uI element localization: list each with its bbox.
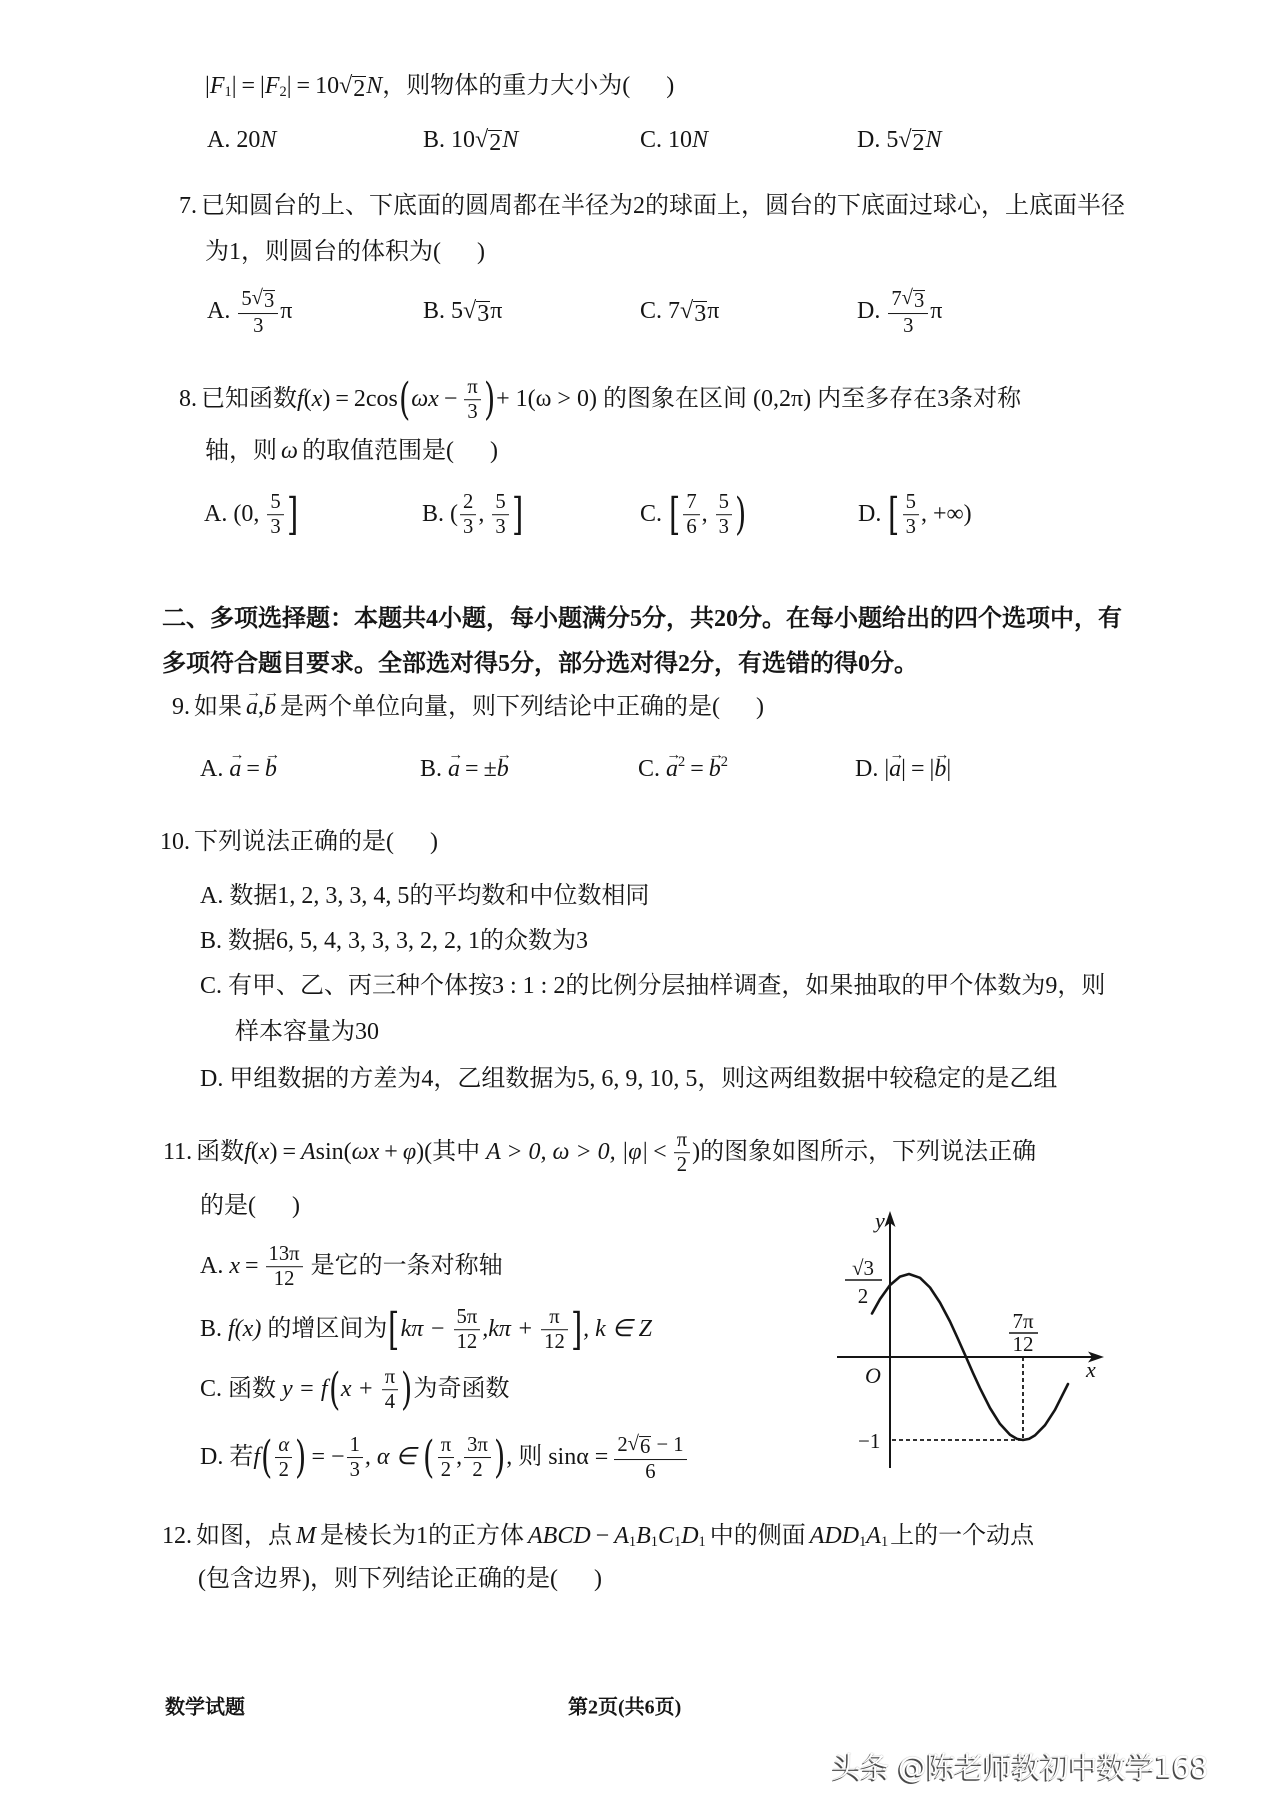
option-text: 是它的一条对称轴 [305, 1253, 503, 1281]
q11-option-d: D. 若 f ( α2 ) = − 13 , α ∈ ( π2 , 3π2 ) … [200, 1433, 689, 1483]
math-text: 2cos [354, 386, 398, 414]
option-label: C. [638, 756, 660, 784]
q6-option-b: B. 10 2 N [423, 127, 518, 155]
close-paren: ) [735, 493, 746, 537]
equals-sign: = [911, 756, 925, 784]
separator: , [702, 501, 714, 529]
math-expression: x + [341, 1376, 380, 1404]
fraction: 53 [267, 491, 283, 539]
sqrt-radicand: 3 [476, 301, 490, 326]
sqrt-radicand: 2 [488, 130, 502, 155]
fraction-denominator: 3 [903, 516, 919, 539]
fraction-numerator: 5π [454, 1306, 481, 1330]
section-2-instructions-line-1: 二、多项选择题：本题共4小题，每小题满分5分，共20分。在每小题给出的四个选项中… [162, 606, 1122, 634]
fraction-denominator: 3 [238, 314, 278, 337]
fraction-denominator: 12 [541, 1331, 568, 1354]
unit: N [260, 127, 276, 155]
math-expression: , k ∈ Z [583, 1316, 652, 1344]
fraction: 23 [460, 491, 476, 539]
fraction-numerator: α [275, 1434, 292, 1458]
option-label: B. [423, 127, 445, 155]
q11-option-b: B. f(x) 的增区间为 [ kπ − 5π12 ,kπ + π12 ] , … [200, 1306, 652, 1354]
abs-bar: | [287, 73, 292, 101]
math-expression: kπ − [401, 1316, 452, 1344]
q10-stem: 10. 下列说法正确的是( ) [160, 829, 438, 857]
vector-b: b [497, 756, 509, 784]
coefficient: 5 [241, 288, 251, 310]
stem-text: 函数 [196, 1139, 244, 1167]
option-label: A. [200, 1253, 223, 1281]
paren: ) [322, 386, 330, 414]
q9-stem: 9. 如果 a , b 是两个单位向量，则下列结论中正确的是( ) [172, 694, 764, 722]
separator: , [478, 501, 490, 529]
math-var: ωx [411, 386, 439, 414]
fraction: 53 [492, 491, 508, 539]
option-label: C. [640, 501, 662, 529]
fraction-numerator: 26 − 1 [614, 1433, 686, 1460]
paren: ( [344, 1139, 352, 1167]
x-tick-denominator: 12 [1013, 1332, 1034, 1356]
option-value: 10 [668, 127, 692, 155]
sqrt-radicand: 3 [263, 290, 275, 312]
equals-sign: = [335, 386, 349, 414]
equals-sign: = [297, 73, 311, 101]
open-paren: ( [233, 501, 241, 529]
big-paren: ( [423, 1436, 434, 1480]
big-paren: ) [494, 1436, 505, 1480]
option-text: 的增区间为 [261, 1316, 387, 1344]
x-tick-numerator: 7π [1012, 1309, 1034, 1333]
coefficient: 5 [886, 127, 898, 155]
math-expression: ,kπ + [482, 1316, 539, 1344]
unit: N [926, 127, 942, 155]
x-axis-label: x [1085, 1357, 1096, 1382]
stem-text: 是棱长为1的正方体 [320, 1523, 524, 1551]
math-expression: = − [312, 1444, 345, 1472]
abs-bar: | [232, 73, 237, 101]
fraction-denominator: 12 [454, 1331, 481, 1354]
math-var: A [301, 1139, 316, 1167]
fraction: 53 [903, 491, 919, 539]
vertex: D [681, 1523, 698, 1551]
pi-symbol: π [707, 298, 719, 326]
math-expression: , 则 sinα = [506, 1444, 608, 1472]
stem-text: 如果 [194, 694, 242, 722]
y-tick-denominator: 2 [858, 1284, 869, 1308]
sqrt: 3 [252, 287, 276, 312]
q12-stem-line-1: 12. 如图，点 M 是棱长为1的正方体 ABCD − A1 B1 C1 D1 … [162, 1523, 1034, 1551]
coefficient: 10 [451, 127, 475, 155]
q7-option-b: B. 5 3 π [423, 298, 502, 326]
sqrt-radicand: 3 [913, 290, 925, 312]
sqrt-radicand: 6 [639, 1436, 651, 1458]
option-value: 20 [236, 127, 260, 155]
minus-sign: − [596, 1523, 610, 1551]
vertex: C [658, 1523, 674, 1551]
fraction-numerator: 5 [492, 491, 508, 515]
paren: ) [269, 1139, 277, 1167]
math-expression: y = f [282, 1376, 328, 1404]
subscript: 1 [629, 1534, 636, 1551]
subscript: 1 [859, 1534, 866, 1551]
stem-text: 如图，点 [196, 1523, 292, 1551]
pi-symbol: π [280, 298, 292, 326]
stem-text: (其中 [424, 1139, 486, 1167]
question-number: 8. [179, 386, 197, 414]
math-var: x [259, 1139, 270, 1167]
option-text: 数据1, 2, 3, 3, 4, 5的平均数和中位数相同 [229, 883, 649, 911]
vector-b: b [264, 694, 276, 722]
q8-option-a: A. ( 0, 53 ] [204, 491, 299, 539]
sqrt-radicand: 2 [912, 130, 926, 155]
force-symbol: F [265, 73, 280, 101]
separator: , [456, 1444, 462, 1472]
question-number: 9. [172, 694, 190, 722]
option-label: D. [858, 501, 881, 529]
function-name: f [253, 1444, 260, 1472]
vector-a: a [246, 694, 258, 722]
equals-sign: = [242, 73, 256, 101]
q10-option-d: D. 甲组数据的方差为4，乙组数据为5, 6, 9, 10, 5，则这两组数据中… [200, 1066, 1057, 1094]
unit: N [366, 73, 382, 101]
stem-text: 上的一个动点 [890, 1523, 1034, 1551]
q11-function-graph: y √3 2 7π 12 O x −1 [820, 1190, 1120, 1490]
fraction-numerator: 13π [266, 1243, 303, 1267]
fraction-numerator: 5 [903, 491, 919, 515]
fraction-numerator: π [541, 1306, 568, 1330]
math-var: φ [403, 1139, 416, 1167]
pi-symbol: π [930, 298, 942, 326]
stem-text: 是两个单位向量，则下列结论中正确的是( ) [280, 694, 764, 722]
sqrt-radicand: 3 [693, 301, 707, 326]
close-bracket: ] [287, 493, 298, 537]
vector-a: a [666, 756, 678, 784]
paren: ( [251, 1139, 259, 1167]
option-label: A. [207, 298, 230, 326]
big-paren: ( [261, 1436, 272, 1480]
fraction-numerator: π [464, 376, 480, 400]
stem-text: 轴，则 [205, 438, 277, 466]
paren: ) [416, 1139, 424, 1167]
stem-text: 为1，则圆台的体积为( ) [205, 239, 485, 267]
fraction-numerator: 2 [460, 491, 476, 515]
q11-stem-line-2: 的是( ) [200, 1193, 300, 1221]
option-label: A. [200, 756, 223, 784]
option-text: 有甲、乙、丙三种个体按3 : 1 : 2的比例分层抽样调查，如果抽取的甲个体数为… [228, 973, 1105, 1001]
q10-option-a: A. 数据1, 2, 3, 3, 4, 5的平均数和中位数相同 [200, 883, 649, 911]
fraction: π12 [541, 1306, 568, 1354]
q9-option-c: C. a 2 = b 2 [638, 756, 728, 784]
option-text: 若 [229, 1444, 253, 1472]
fraction: 5π12 [454, 1306, 481, 1354]
subscript: 2 [280, 84, 287, 101]
vector-a: a [229, 756, 241, 784]
q9-option-d: D. | a | = | b | [855, 756, 951, 784]
sqrt: 6 [628, 1433, 652, 1458]
fraction: π4 [382, 1366, 398, 1414]
math-expression: f(x) [228, 1316, 261, 1344]
close-paren: ) [964, 501, 972, 529]
math-var: x [229, 1253, 240, 1281]
coefficient: 5 [451, 298, 463, 326]
less-than-sign: < [653, 1139, 667, 1167]
fraction-numerator: 5 [716, 491, 732, 515]
q7-option-a: A. 53 3 π [207, 287, 292, 337]
option-label: D. [857, 127, 880, 155]
fraction-denominator: 2 [275, 1458, 292, 1481]
coefficient: 7 [891, 288, 901, 310]
vector-a: a [889, 756, 901, 784]
equals-sign: = [246, 756, 260, 784]
option-label: C. [200, 1376, 222, 1404]
q7-stem-line-2: 为1，则圆台的体积为( ) [205, 239, 485, 267]
coefficient: 7 [668, 298, 680, 326]
minus-sign: − [444, 386, 458, 414]
big-paren: ( [399, 378, 410, 422]
q6-stem-line: | F 1 | = | F 2 | = 10 2 N ，则物体的重力大小为( ) [205, 73, 674, 101]
sqrt: 3 [680, 298, 707, 326]
subscript: 1 [699, 1534, 706, 1551]
math-var: ωx [352, 1139, 380, 1167]
sqrt: 2 [898, 127, 925, 155]
fraction-numerator: 1 [347, 1434, 363, 1458]
fraction: 26 − 1 6 [614, 1433, 686, 1483]
close-bracket: ] [512, 493, 523, 537]
math-text: + 1(ω > 0) [496, 386, 597, 414]
fraction-denominator: 3 [267, 516, 283, 539]
function-name: f [297, 386, 304, 414]
vector-b: b [709, 756, 721, 784]
math-text: sin [316, 1139, 344, 1167]
q8-stem-line-2: 轴，则 ω 的取值范围是( ) [205, 438, 498, 466]
fraction-denominator: 2 [438, 1458, 454, 1481]
fraction-denominator: 3 [460, 516, 476, 539]
q10-option-c-continuation: 样本容量为30 [235, 1019, 379, 1047]
q10-option-b: B. 数据6, 5, 4, 3, 3, 3, 2, 2, 1的众数为3 [200, 928, 588, 956]
fraction-denominator: 3 [888, 314, 928, 337]
math-text: − 1 [651, 1434, 683, 1456]
y-axis-label: y [873, 1208, 885, 1233]
fraction-numerator: π [438, 1434, 454, 1458]
stem-text: 已知函数 [201, 386, 297, 414]
subscript: 1 [881, 1534, 888, 1551]
open-bracket: [ [888, 493, 899, 537]
sqrt: 3 [463, 298, 490, 326]
equals-sign: = [465, 756, 479, 784]
paren: ( [304, 386, 312, 414]
fraction-denominator: 6 [683, 516, 699, 539]
sqrt: 2 [339, 73, 366, 101]
fraction-numerator: 53 [238, 287, 278, 314]
math-text: , +∞ [921, 501, 964, 529]
stem-text: 中的侧面 [710, 1523, 806, 1551]
fraction: 13 [347, 1434, 363, 1482]
stem-text: 的是( ) [200, 1193, 300, 1221]
equals-sign: = [282, 1139, 296, 1167]
footer-subject: 数学试题 [165, 1691, 245, 1720]
vertex: A [614, 1523, 629, 1551]
q8-stem-line-1: 8. 已知函数 f ( x ) = 2cos ( ωx − π3 ) + 1(ω… [179, 376, 1021, 424]
math-var: x [312, 386, 323, 414]
q8-option-d: D. [ 53 , +∞ ) [858, 491, 972, 539]
vertex: A [866, 1523, 881, 1551]
big-paren: ) [401, 1368, 412, 1412]
function-name: f [244, 1139, 251, 1167]
fraction-denominator: 2 [464, 1458, 491, 1481]
section-heading-text: 多项符合题目要求。全部选对得5分，部分选对得2分，有选错的得0分。 [162, 651, 918, 679]
open-paren: ( [450, 501, 458, 529]
q8-option-c: C. [ 76 , 53 ) [640, 491, 747, 539]
sqrt: 3 [902, 287, 926, 312]
q11-option-a: A. x = 13π12 是它的一条对称轴 [200, 1243, 503, 1291]
option-label: D. [855, 756, 878, 784]
stem-text: 已知圆台的上、下底面的圆周都在半径为2的球面上，圆台的下底面过球心，上底面半径 [201, 193, 1125, 221]
stem-text: 的取值范围是( ) [302, 438, 498, 466]
option-label: A. [204, 501, 227, 529]
vector-b: b [934, 756, 946, 784]
pi-symbol: π [490, 298, 502, 326]
equals-sign: = [245, 1253, 259, 1281]
subscript: 1 [651, 1534, 658, 1551]
watermark: 头条 @陈老师教初中数学168 [832, 1746, 1208, 1787]
min-value-label: −1 [858, 1429, 880, 1453]
big-paren: ) [295, 1436, 306, 1480]
stem-text: )的图象如图所示，下列说法正确 [692, 1139, 1036, 1167]
fraction: 73 3 [888, 287, 928, 337]
fraction-numerator: 5 [267, 491, 283, 515]
question-number: 12. [162, 1523, 192, 1551]
section-2-instructions-line-2: 多项符合题目要求。全部选对得5分，部分选对得2分，有选错的得0分。 [162, 651, 918, 679]
option-label: C. [200, 973, 222, 1001]
math-var: |φ| [622, 1139, 648, 1167]
open-bracket: [ [388, 1308, 399, 1352]
q8-option-b: B. ( 23 , 53 ] [422, 491, 524, 539]
fraction-denominator: 3 [492, 516, 508, 539]
fraction: 13π12 [266, 1243, 303, 1291]
fraction: 76 [683, 491, 699, 539]
exponent: 2 [678, 755, 685, 772]
option-label: A. [200, 883, 223, 911]
fraction: 53 3 [238, 287, 278, 337]
option-label: B. [200, 928, 222, 956]
vector-a: a [448, 756, 460, 784]
fraction-numerator: 3π [464, 1434, 491, 1458]
option-text: 数据6, 5, 4, 3, 3, 3, 2, 2, 1的众数为3 [228, 928, 588, 956]
fraction-denominator: 4 [382, 1391, 398, 1414]
fraction-numerator: π [382, 1366, 398, 1390]
question-number: 7. [179, 193, 197, 221]
option-text: 为奇函数 [413, 1376, 509, 1404]
big-paren: ) [484, 378, 495, 422]
sqrt-radicand: 2 [352, 76, 366, 101]
q11-stem-line-1: 11. 函数 f ( x ) = A sin ( ωx + φ ) (其中 A … [163, 1129, 1036, 1177]
option-text: 样本容量为30 [235, 1019, 379, 1047]
q6-option-c: C. 10 N [640, 127, 708, 155]
option-label: C. [640, 298, 662, 326]
q6-option-a: A. 20 N [207, 127, 276, 155]
fraction: 3π2 [464, 1434, 491, 1482]
unit: N [692, 127, 708, 155]
footer-page-number: 第2页(共6页) [568, 1691, 681, 1720]
fraction-numerator: π [674, 1129, 690, 1153]
stem-text: 内至多存在3条对称 [811, 386, 1021, 414]
cube-name: ABCD [528, 1523, 591, 1551]
fraction: α2 [275, 1434, 292, 1482]
fraction-denominator: 3 [347, 1458, 363, 1481]
open-bracket: [ [669, 493, 680, 537]
option-label: A. [207, 127, 230, 155]
fraction-denominator: 3 [716, 516, 732, 539]
vertex: D [842, 1523, 859, 1551]
vector-b: b [265, 756, 277, 784]
fraction: 53 [716, 491, 732, 539]
stem-text: (包含边界)，则下列结论正确的是( ) [198, 1566, 602, 1594]
interval: (0,2π) [753, 386, 811, 414]
close-bracket: ] [571, 1308, 582, 1352]
math-expression: , α ∈ [365, 1444, 423, 1472]
option-label: D. [200, 1066, 223, 1094]
q9-option-a: A. a = b [200, 756, 277, 784]
math-condition: A > 0, ω > 0, [486, 1139, 622, 1167]
sqrt: 2 [475, 127, 502, 155]
q9-option-b: B. a = ± b [420, 756, 509, 784]
fraction: π3 [464, 376, 480, 424]
math-text: 0, [241, 501, 265, 529]
fraction-denominator: 2 [674, 1154, 690, 1177]
stem-text: 下列说法正确的是( ) [194, 829, 438, 857]
fraction-denominator: 3 [464, 401, 480, 424]
subscript: 1 [224, 84, 231, 101]
plus-minus-sign: ± [484, 756, 497, 784]
option-text: 甲组数据的方差为4，乙组数据为5, 6, 9, 10, 5，则这两组数据中较稳定… [229, 1066, 1057, 1094]
option-label: C. [640, 127, 662, 155]
option-label: D. [857, 298, 880, 326]
fraction-denominator: 6 [614, 1460, 686, 1483]
big-paren: ( [329, 1368, 340, 1412]
equals-sign: = [690, 756, 704, 784]
section-heading-text: 二、多项选择题：本题共4小题，每小题满分5分，共20分。在每小题给出的四个选项中… [162, 606, 1122, 634]
fraction-denominator: 12 [266, 1268, 303, 1291]
subscript: 1 [674, 1534, 681, 1551]
fraction-numerator: 7 [683, 491, 699, 515]
option-label: D. [200, 1444, 223, 1472]
y-tick-numerator: √3 [852, 1256, 874, 1280]
q12-stem-line-2: (包含边界)，则下列结论正确的是( ) [198, 1566, 602, 1594]
option-text: 函数 [228, 1376, 282, 1404]
fraction: π2 [438, 1434, 454, 1482]
coefficient: 10 [315, 73, 339, 101]
q7-option-d: D. 73 3 π [857, 287, 942, 337]
fraction: π2 [674, 1129, 690, 1177]
math-var: ω [281, 438, 298, 466]
point-label: M [296, 1523, 316, 1551]
vertex: B [636, 1523, 651, 1551]
q6-option-d: D. 5 2 N [857, 127, 942, 155]
question-number: 10. [160, 829, 190, 857]
q7-option-c: C. 7 3 π [640, 298, 719, 326]
origin-label: O [865, 1363, 881, 1388]
option-label: B. [422, 501, 444, 529]
q11-option-c: C. 函数 y = f ( x + π4 ) 为奇函数 [200, 1366, 509, 1414]
face-name: AD [810, 1523, 842, 1551]
plus-sign: + [384, 1139, 398, 1167]
option-label: B. [423, 298, 445, 326]
stem-text: 的图象在区间 [597, 386, 753, 414]
unit: N [502, 127, 518, 155]
force-symbol: F [210, 73, 225, 101]
question-number: 11. [163, 1139, 192, 1167]
q7-stem-line-1: 7. 已知圆台的上、下底面的圆周都在半径为2的球面上，圆台的下底面过球心，上底面… [179, 193, 1125, 221]
